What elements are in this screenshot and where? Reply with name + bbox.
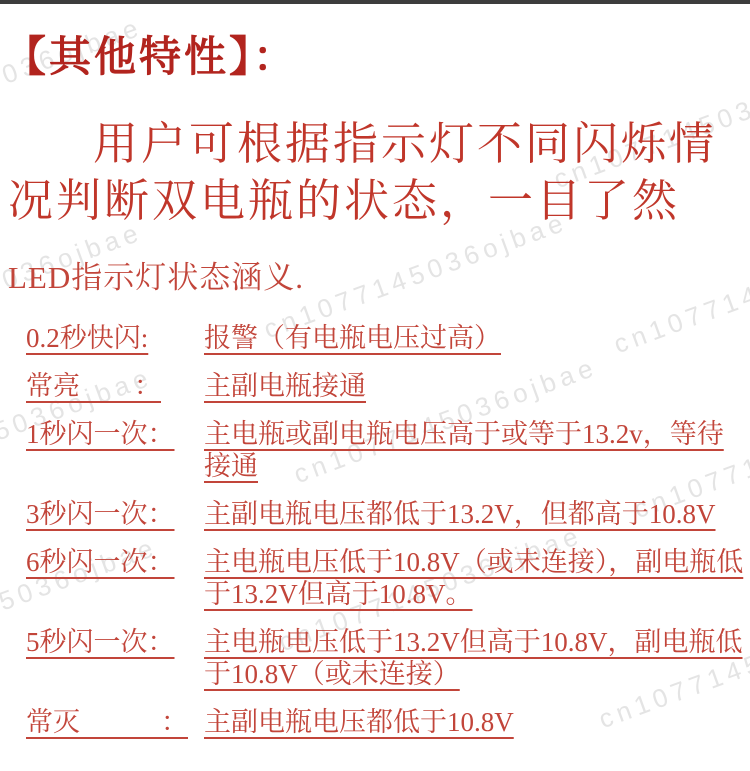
led-row-label: 6秒闪一次： <box>26 546 204 578</box>
led-state-list: 0.2秒快闪: 报警（有电瓶电压过高） 常亮 ： 主副电瓶接通 1秒闪一次： 主… <box>0 322 750 738</box>
led-row-label: 常灭 ： <box>26 706 204 738</box>
led-row-label: 5秒闪一次： <box>26 626 204 658</box>
led-states-heading: LED指示灯状态涵义. <box>8 252 750 297</box>
top-border-bar <box>0 0 750 4</box>
led-row-desc: 主电瓶电压低于13.2V但高于10.8V，副电瓶低于10.8V（或未连接） <box>204 626 744 690</box>
product-description-page: cn1077145036ojbaecn1077145036ojbaecn1077… <box>0 0 750 771</box>
led-row-label: 常亮 ： <box>26 370 204 402</box>
led-row-desc: 主电瓶或副电瓶电压高于或等于13.2v，等待接通 <box>204 418 744 482</box>
intro-line: 况判断双电瓶的状态，一目了然 <box>8 173 746 230</box>
intro-line: 用户可根据指示灯不同闪烁情 <box>8 116 746 173</box>
led-row: 常亮 ： 主副电瓶接通 <box>26 370 744 402</box>
content: 【其他特性】： 用户可根据指示灯不同闪烁情 况判断双电瓶的状态，一目了然 LED… <box>0 24 750 738</box>
led-row-desc: 主副电瓶电压都低于10.8V <box>204 706 744 738</box>
led-row-desc: 报警（有电瓶电压过高） <box>204 322 744 354</box>
led-row: 3秒闪一次： 主副电瓶电压都低于13.2V，但都高于10.8V <box>26 498 744 530</box>
intro-paragraph: 用户可根据指示灯不同闪烁情 况判断双电瓶的状态，一目了然 <box>0 116 750 230</box>
led-row: 常灭 ： 主副电瓶电压都低于10.8V <box>26 706 744 738</box>
led-row-label: 1秒闪一次： <box>26 418 204 450</box>
led-row-label: 0.2秒快闪: <box>26 322 204 354</box>
section-title: 【其他特性】： <box>4 24 750 84</box>
led-row-desc: 主副电瓶电压都低于13.2V，但都高于10.8V <box>204 498 744 530</box>
led-row: 1秒闪一次： 主电瓶或副电瓶电压高于或等于13.2v，等待接通 <box>26 418 744 482</box>
led-row: 5秒闪一次： 主电瓶电压低于13.2V但高于10.8V，副电瓶低于10.8V（或… <box>26 626 744 690</box>
led-row: 6秒闪一次： 主电瓶电压低于10.8V（或未连接），副电瓶低于13.2V但高于1… <box>26 546 744 610</box>
led-row-desc: 主电瓶电压低于10.8V（或未连接），副电瓶低于13.2V但高于10.8V。 <box>204 546 744 610</box>
led-row: 0.2秒快闪: 报警（有电瓶电压过高） <box>26 322 744 354</box>
led-row-label: 3秒闪一次： <box>26 498 204 530</box>
led-row-desc: 主副电瓶接通 <box>204 370 744 402</box>
